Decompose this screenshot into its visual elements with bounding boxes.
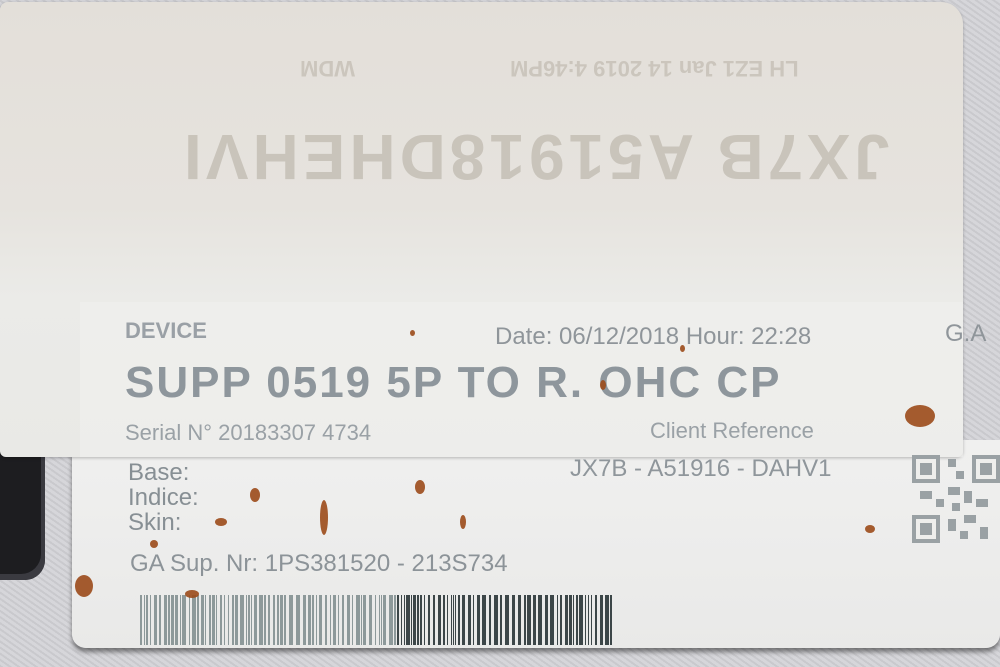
barcode-icon [140,595,660,645]
ga-text: G.A [945,320,986,348]
field-list: Base: Indice: Skin: [128,460,199,535]
field-skin: Skin: [128,510,199,535]
client-reference-caption: Client Reference [650,418,814,444]
serial-line: Serial N° 20183307 4734 [125,420,371,446]
mirrored-header: WDM [300,55,355,81]
device-value: SUPP 0519 5P TO R. OHC CP [125,358,781,408]
mirrored-header-2: LH EZ1 Jan 14 2019 4:46PM [510,55,799,81]
device-caption: DEVICE [125,318,207,344]
dark-object-left [0,440,45,580]
mirrored-part-number: JX7B A51918DHEHVI [180,120,890,194]
client-reference-value: JX7B - A51916 - DAHV1 [570,455,831,483]
field-indice: Indice: [128,485,199,510]
field-base: Base: [128,460,199,485]
supplier-line: GA Sup. Nr: 1PS381520 - 213S734 [130,550,508,578]
date-line: Date: 06/12/2018 Hour: 22:28 [495,323,811,351]
qr-code-icon [912,455,1000,547]
